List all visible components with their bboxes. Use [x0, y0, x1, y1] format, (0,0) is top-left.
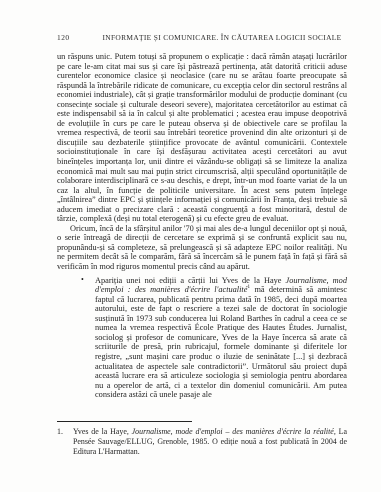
footnote-separator [57, 421, 192, 422]
running-header-title: INFORMAȚIE ȘI COMUNICARE. ÎN CĂUTAREA LO… [97, 33, 347, 42]
book-page: 120 INFORMAȚIE ȘI COMUNICARE. ÎN CĂUTARE… [0, 0, 381, 492]
footnote-book-title-italic: Journalisme, mode d'emploi – des manière… [132, 427, 334, 436]
bullet-icon: • [81, 275, 84, 285]
bullet-text-rest: mă determină să amintesc faptul că lucra… [95, 285, 347, 399]
footnote: 1. Yves de la Haye, Journalisme, mode d'… [57, 427, 347, 456]
footnote-text-lead: Yves de la Haye, [73, 427, 132, 436]
footnote-area: 1. Yves de la Haye, Journalisme, mode d'… [57, 421, 347, 456]
bullet-list-item: • Apariția unei noi ediții a cărții lui … [80, 276, 347, 400]
body-text: un răspuns unic. Putem totuși să propune… [57, 52, 347, 400]
footnote-number: 1. [57, 427, 63, 437]
paragraph: Oricum, încă de la sfârșitul anilor '70 … [57, 224, 347, 272]
bullet-text-lead: Apariția unei noi ediții a cărții lui Yv… [95, 276, 286, 285]
page-number: 120 [57, 33, 97, 42]
paragraph: un răspuns unic. Putem totuși să propune… [57, 52, 347, 224]
running-header: 120 INFORMAȚIE ȘI COMUNICARE. ÎN CĂUTARE… [57, 33, 347, 42]
